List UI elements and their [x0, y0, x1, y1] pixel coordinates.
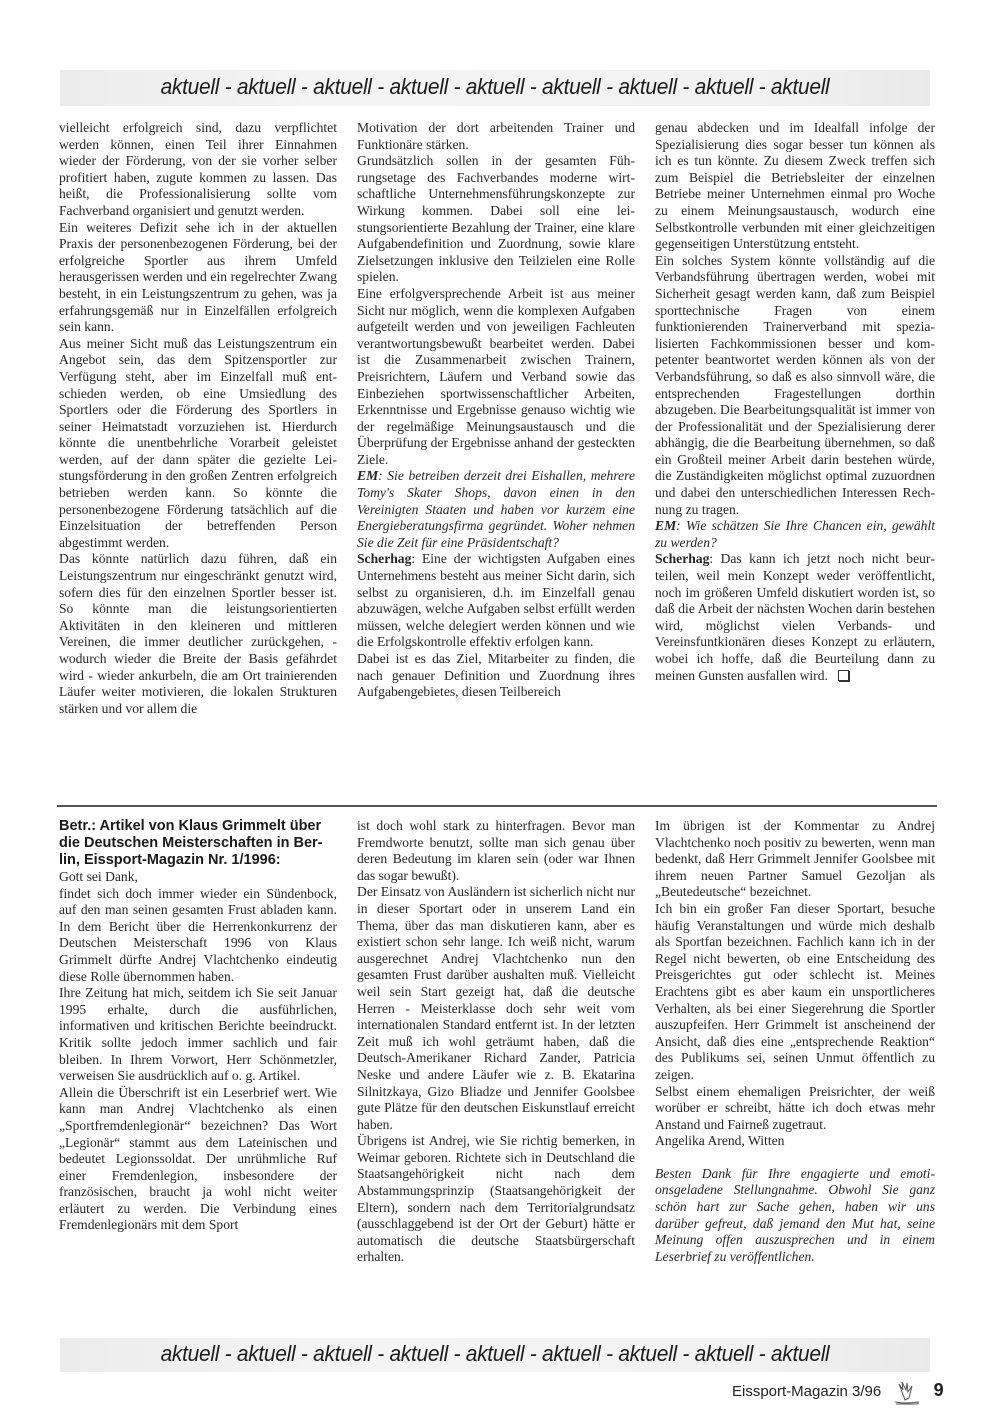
- page-footer: Eissport-Magazin 3/96 9: [732, 1380, 944, 1406]
- editor-reply: Besten Dank für Ihre engagierte und emot…: [655, 1166, 935, 1266]
- interview-question: EM: Sie betreiben derzeit drei Eishallen…: [357, 468, 635, 551]
- paragraph: Der Einsatz von Ausländern ist sicherlic…: [357, 884, 635, 1133]
- paragraph: Eine erfolgversprechende Arbeit ist aus …: [357, 286, 635, 469]
- paragraph: Das könnte natürlich dazu führen, daß ei…: [59, 551, 337, 717]
- letter-column-2: ist doch wohl stark zu hinterfragen. Bev…: [357, 818, 635, 1266]
- interview-answer: Scherhag: Eine der wichtigsten Aufgaben …: [357, 551, 635, 651]
- letter-column-3: Im übrigen ist der Kommentar zu Andrej V…: [655, 818, 935, 1265]
- paragraph: Gott sei Dank,: [59, 869, 337, 886]
- answer-text: : Das kann ich jetzt noch nicht beur­tei…: [655, 551, 935, 682]
- paragraph: Aus meiner Sicht muß das Leistungszentru…: [59, 336, 337, 552]
- paragraph: Ein solches System könnte vollständig au…: [655, 253, 935, 519]
- letter-heading: Betr.: Artikel von Klaus Grimmelt über d…: [59, 818, 337, 869]
- paragraph: Allein die Überschrift ist ein Leserbrie…: [59, 1085, 337, 1234]
- magazine-issue: Eissport-Magazin 3/96: [732, 1383, 881, 1400]
- speaker-label: Scherhag: [655, 551, 709, 566]
- interview-column-2: Motivation der dort arbeitenden Trainer …: [357, 120, 635, 701]
- paragraph: Im übrigen ist der Kommentar zu Andrej V…: [655, 818, 935, 901]
- interview-question: EM: Wie schätzen Sie Ihre Chancen ein, g…: [655, 518, 935, 551]
- section-divider: [57, 805, 937, 807]
- letter-column-1: Betr.: Artikel von Klaus Grimmelt über d…: [59, 818, 337, 1234]
- skate-wing-logo-icon: [891, 1380, 921, 1406]
- paragraph: Ein weiteres Defizit sehe ich in der akt…: [59, 220, 337, 336]
- paragraph: Dabei ist es das Ziel, Mitarbeiter zu fi…: [357, 651, 635, 701]
- question-text: : Wie schätzen Sie Ihre Chancen ein, gew…: [655, 518, 935, 550]
- end-of-article-icon: [838, 670, 849, 681]
- banner-text: aktuell - aktuell - aktuell - aktuell - …: [90, 1341, 899, 1367]
- banner-text: aktuell - aktuell - aktuell - aktuell - …: [90, 74, 899, 100]
- paragraph: Ich bin ein großer Fan dieser Sportart, …: [655, 901, 935, 1084]
- speaker-label: EM: [357, 468, 378, 483]
- aktuell-banner-top: aktuell - aktuell - aktuell - aktuell - …: [60, 70, 930, 106]
- paragraph: Übrigens ist Andrej, wie Sie richtig bem…: [357, 1133, 635, 1266]
- paragraph: Selbst einem ehemaligen Preisrichter, de…: [655, 1084, 935, 1134]
- interview-answer: Scherhag: Das kann ich jetzt noch nicht …: [655, 551, 935, 684]
- paragraph: Grundsätzlich sollen in der gesamten Füh…: [357, 153, 635, 286]
- question-text: : Sie betreiben derzeit drei Eishallen, …: [357, 468, 635, 549]
- paragraph: genau abdecken und im Idealfall infolge …: [655, 120, 935, 253]
- aktuell-banner-bottom: aktuell - aktuell - aktuell - aktuell - …: [60, 1338, 930, 1372]
- speaker-label: Scherhag: [357, 551, 411, 566]
- paragraph: ist doch wohl stark zu hinterfragen. Bev…: [357, 818, 635, 884]
- paragraph: findet sich doch immer wieder ein Sünden…: [59, 886, 337, 986]
- paragraph: Ihre Zeitung hat mich, seitdem ich Sie s…: [59, 985, 337, 1085]
- paragraph: vielleicht erfolgreich sind, dazu verpfl…: [59, 120, 337, 220]
- paragraph: Motivation der dort arbeitenden Trainer …: [357, 120, 635, 153]
- interview-column-1: vielleicht erfolgreich sind, dazu verpfl…: [59, 120, 337, 717]
- speaker-label: EM: [655, 518, 676, 533]
- letter-signature: Angelika Arend, Witten: [655, 1133, 935, 1150]
- page-number: 9: [934, 1380, 944, 1400]
- interview-column-3: genau abdecken und im Idealfall infolge …: [655, 120, 935, 684]
